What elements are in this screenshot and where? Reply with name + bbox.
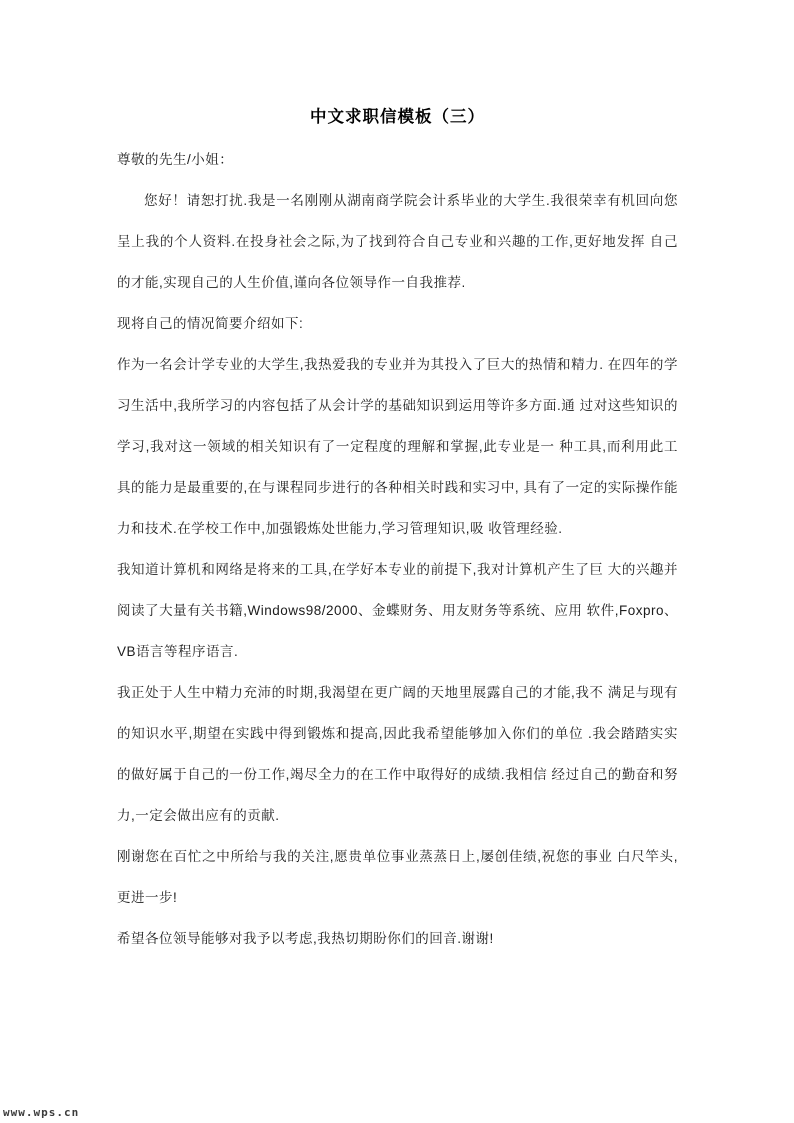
- document-title: 中文求职信模板（三）: [117, 101, 678, 133]
- document-page: 中文求职信模板（三） 尊敬的先生/小姐： 您好！请恕打扰.我是一名刚刚从湖南商学…: [0, 0, 794, 1123]
- letter-paragraph-aspiration: 我正处于人生中精力充沛的时期,我渴望在更广阔的天地里展露自己的才能,我不 满足与…: [117, 672, 678, 836]
- letter-paragraph-closing: 希望各位领导能够对我予以考虑,我热切期盼你们的回音.谢谢!: [117, 918, 678, 959]
- letter-paragraph-greeting: 您好！请恕打扰.我是一名刚刚从湖南商学院会计系毕业的大学生.我很荣幸有机回向您 …: [117, 180, 678, 303]
- letter-paragraph-thanks: 刚谢您在百忙之中所给与我的关注,愿贵单位事业蒸蒸日上,屡创佳绩,祝您的事业 白尺…: [117, 836, 678, 918]
- wps-watermark: www.wps.cn: [3, 1106, 79, 1119]
- letter-paragraph-intro-lead: 现将自己的情况简要介绍如下:: [117, 303, 678, 344]
- letter-body: 中文求职信模板（三） 尊敬的先生/小姐： 您好！请恕打扰.我是一名刚刚从湖南商学…: [117, 101, 678, 959]
- salutation: 尊敬的先生/小姐：: [117, 139, 678, 180]
- letter-paragraph-major-study: 作为一名会计学专业的大学生,我热爱我的专业并为其投入了巨大的热情和精力. 在四年…: [117, 344, 678, 549]
- letter-paragraph-computer-skills: 我知道计算机和网络是将来的工具,在学好本专业的前提下,我对计算机产生了巨 大的兴…: [117, 549, 678, 672]
